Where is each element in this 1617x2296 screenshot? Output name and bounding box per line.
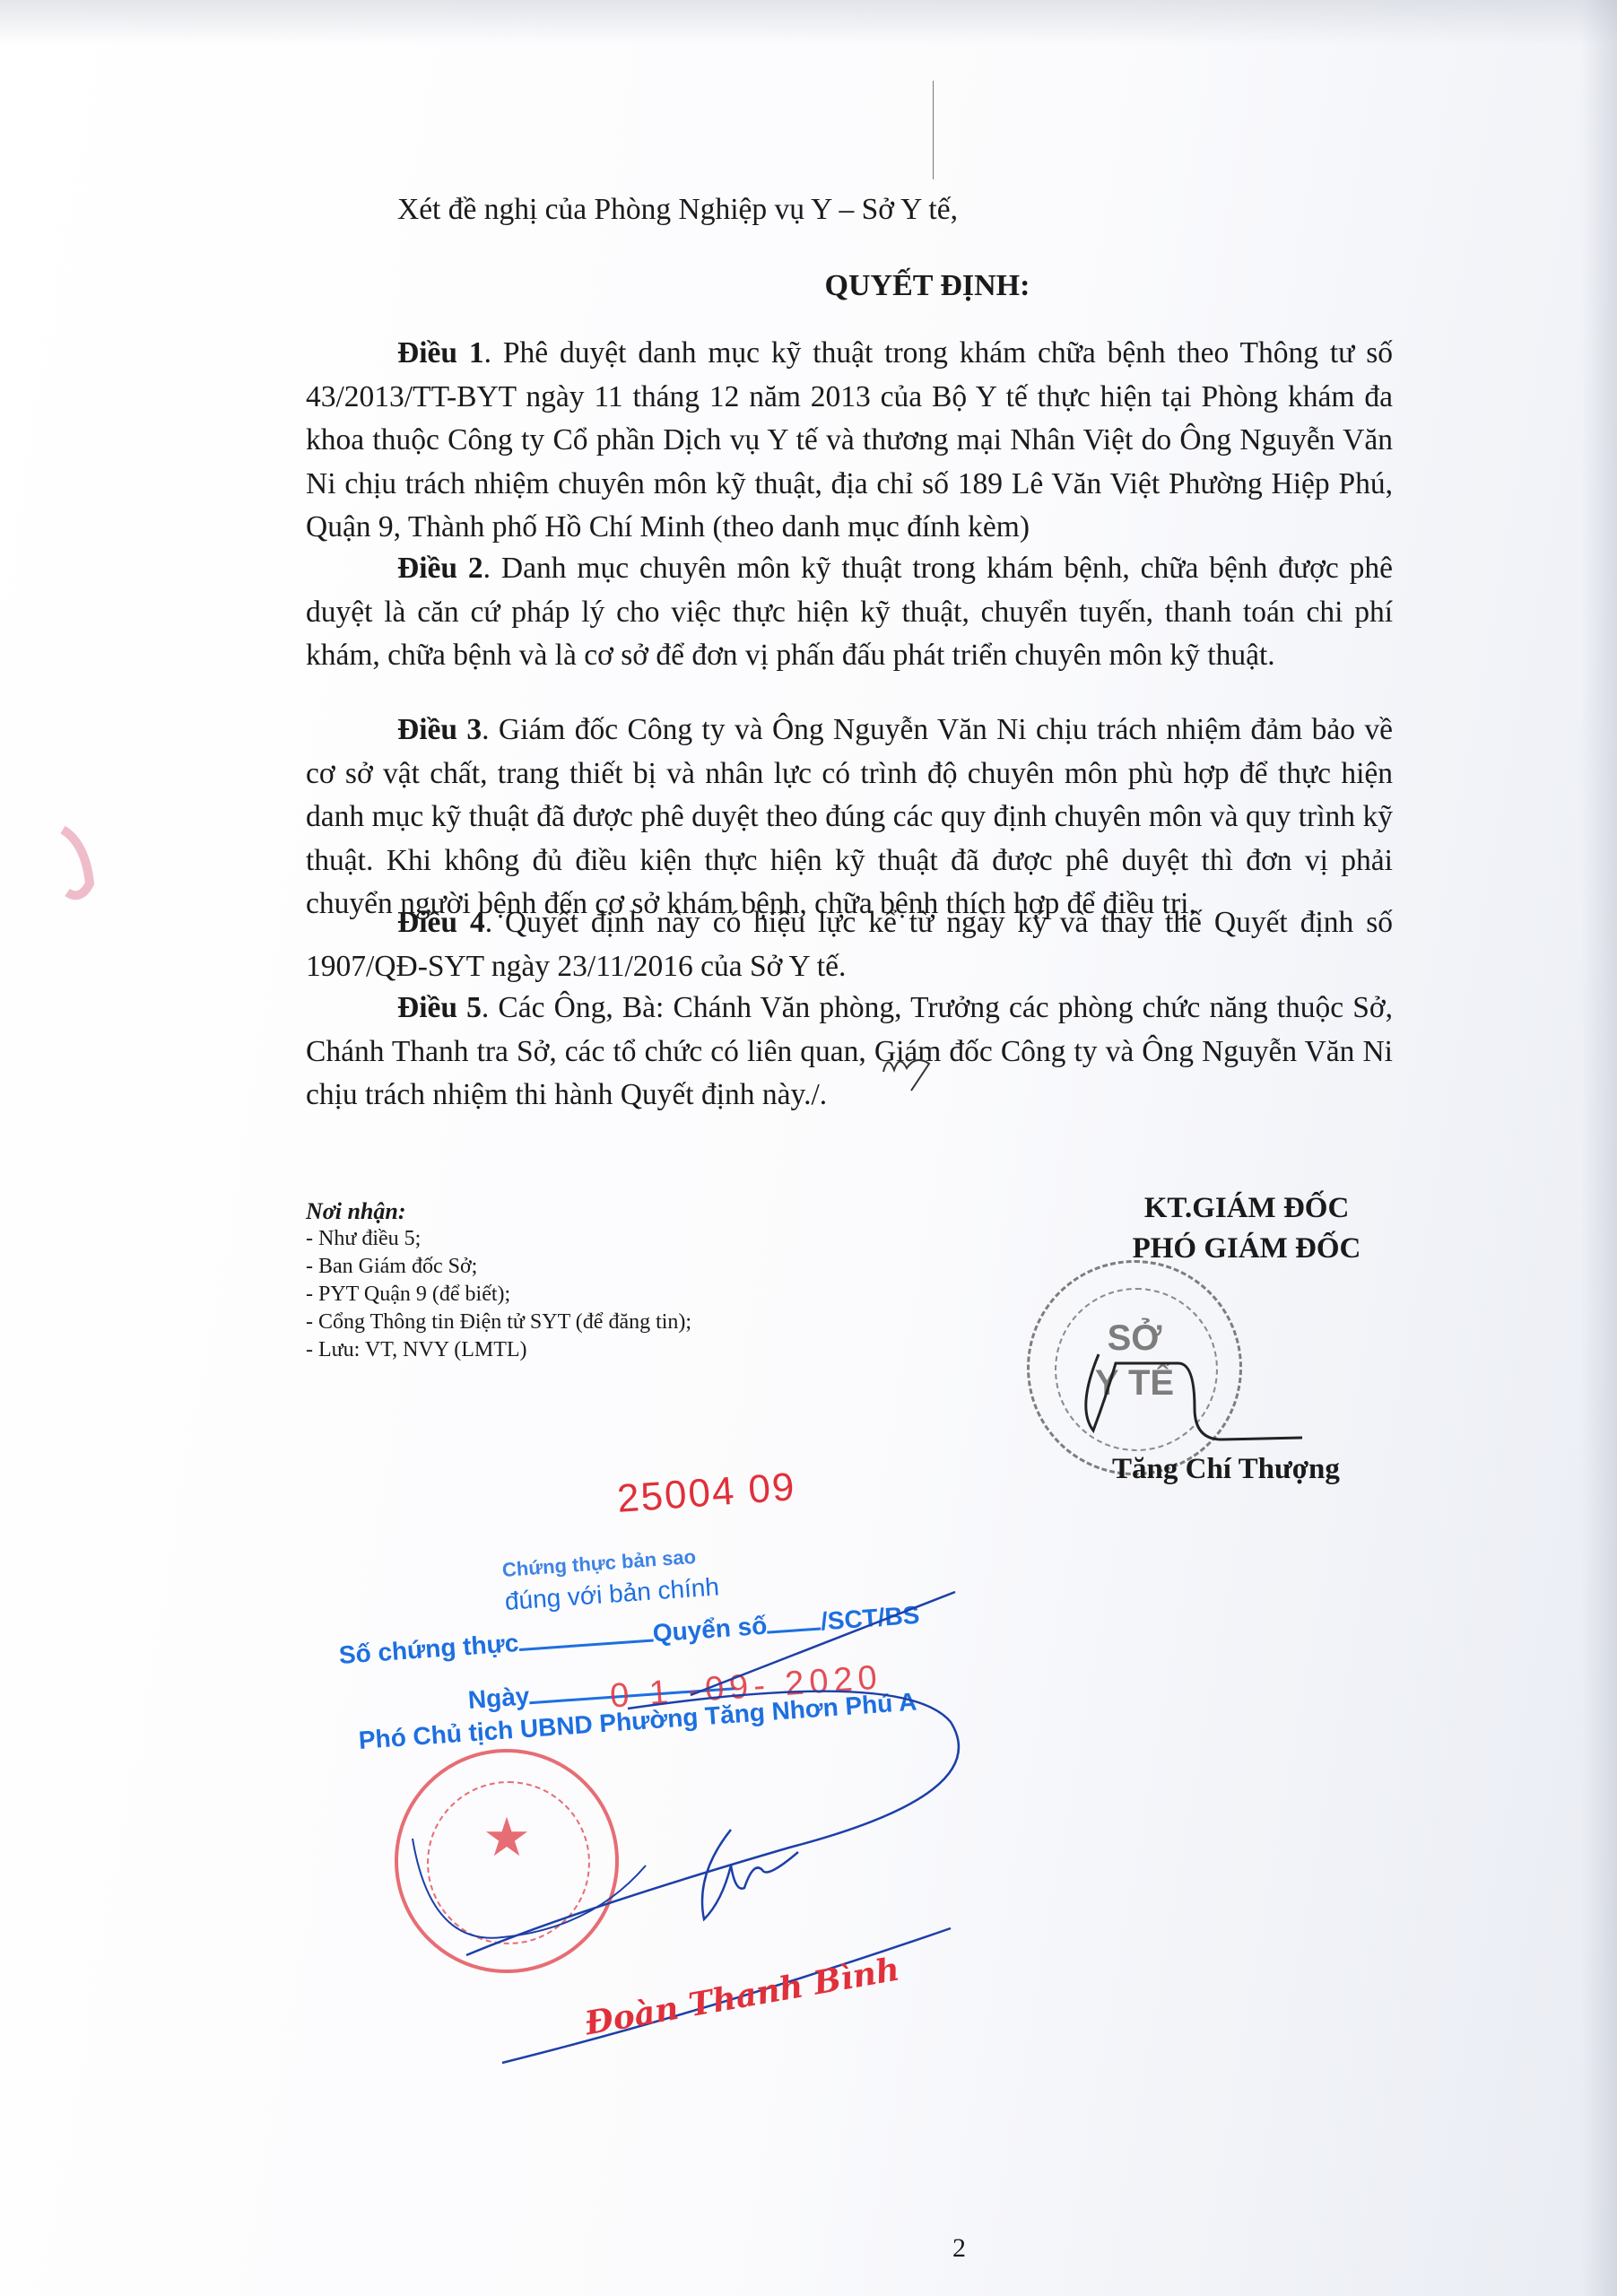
director-signature [1086, 1354, 1302, 1439]
margin-seal-fragment [63, 830, 90, 895]
page-number: 2 [952, 2233, 966, 2264]
handwritten-signatures [0, 0, 1617, 2296]
seal-underline-stroke [413, 1839, 646, 1938]
certification-strike-line [691, 1592, 955, 1695]
certification-signature-loop [466, 1692, 959, 1955]
officer-signature [702, 1830, 798, 1919]
initials-mark [883, 1060, 929, 1091]
